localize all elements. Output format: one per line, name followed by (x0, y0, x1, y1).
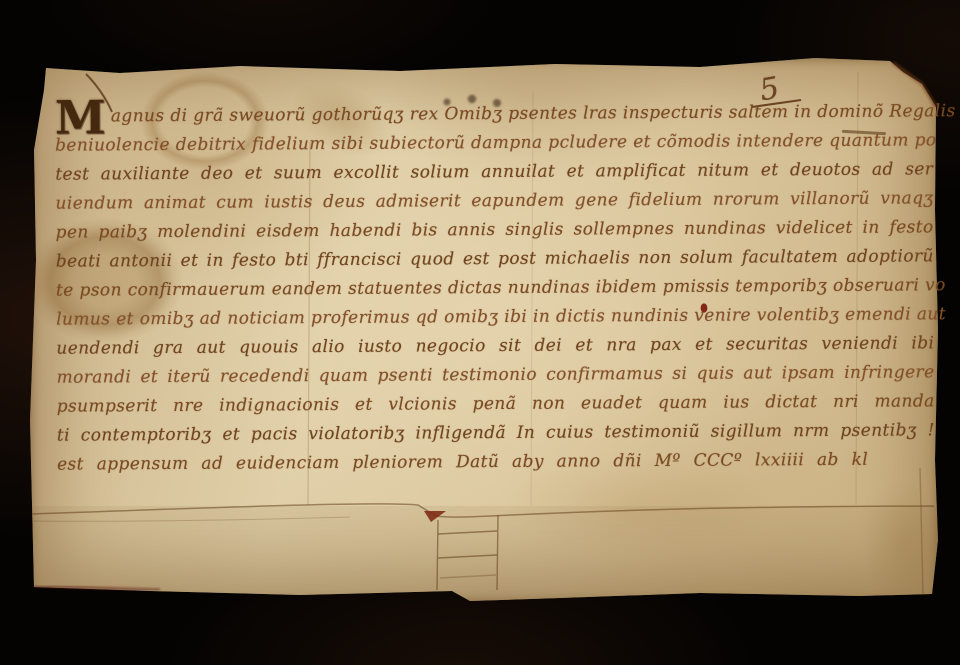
charter-photograph: 5 Magnus di grã sweuorũ gothorũqʒ rex Om… (0, 0, 960, 665)
manuscript-line-text: agnus di grã sweuorũ gothorũqʒ rex Omibʒ… (111, 101, 956, 126)
manuscript-line: est appensum ad euidenciam pleniorem Dat… (57, 445, 935, 479)
plica-fold-band (28, 506, 940, 604)
diffuse-stain-right (848, 456, 958, 626)
manuscript-text-block: Magnus di grã sweuorũ gothorũqʒ rex Omib… (55, 97, 935, 479)
